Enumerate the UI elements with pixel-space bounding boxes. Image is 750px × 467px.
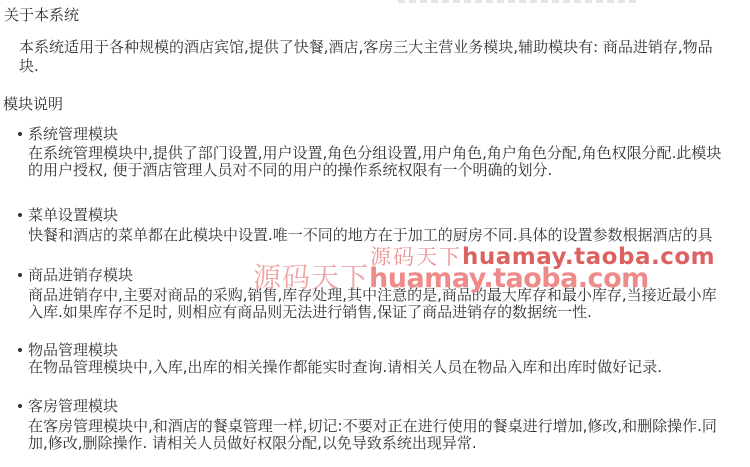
module-body-line: 在客房管理模块中,和酒店的餐桌管理一样,切记:不要对正在进行使用的餐桌进行增加,… (28, 417, 717, 435)
watermark-latin-text: huamay.taoba.com (462, 244, 715, 270)
section-title-about: 关于本系统 (4, 6, 79, 24)
bullet-icon (18, 404, 22, 408)
watermark-small: 源码天下huamay.taoba.com (370, 241, 715, 271)
document-page: 关于本系统 本系统适用于各种规模的酒店宾馆,提供了快餐,酒店,客房三大主营业务模… (0, 0, 750, 467)
module-heading-menu: 菜单设置模块 (28, 206, 118, 224)
bullet-icon (18, 213, 22, 217)
module-body-line: 快餐和酒店的菜单都在此模块中设置.唯一不同的地方在于加工的厨房不同.具体的设置参… (28, 226, 713, 244)
module-body-line: 在物品管理模块中,入库,出库的相关操作都能实时查询.请相关人员在物品入库和出库时… (28, 358, 662, 376)
section-title-modules: 模块说明 (3, 95, 63, 113)
module-heading-system: 系统管理模块 (28, 125, 118, 143)
bullet-icon (18, 273, 22, 277)
module-heading-rooms: 客房管理模块 (28, 397, 118, 415)
clipped-text-remnant (398, 0, 640, 3)
module-heading-items: 物品管理模块 (28, 341, 118, 359)
module-body-line: 入库.如果库存不足时, 则相应有商品则无法进行销售,保证了商品进销存的数据统一性… (28, 303, 592, 321)
bullet-icon (18, 348, 22, 352)
bullet-icon (18, 132, 22, 136)
watermark-cn-text: 源码天下 (370, 245, 462, 269)
module-body-line: 商品进销存中,主要对商品的采购,销售,库存处理,其中注意的是,商品的最大库存和最… (28, 286, 717, 304)
module-body-line: 的用户授权, 便于酒店管理人员对不同的用户的操作系统权限有一个明确的划分. (28, 161, 552, 179)
module-body-line: 在系统管理模块中,提供了部门设置,用户设置,角色分组设置,用户角色,角户角色分配… (28, 144, 721, 162)
module-heading-goods: 商品进销存模块 (28, 266, 133, 284)
intro-line-2: 块. (19, 57, 39, 75)
module-body-line: 加,修改,删除操作. 请相关人员做好权限分配,以免导致系统出现异常. (28, 434, 477, 452)
intro-line-1: 本系统适用于各种规模的酒店宾馆,提供了快餐,酒店,客房三大主营业务模块,辅助模块… (19, 38, 713, 56)
